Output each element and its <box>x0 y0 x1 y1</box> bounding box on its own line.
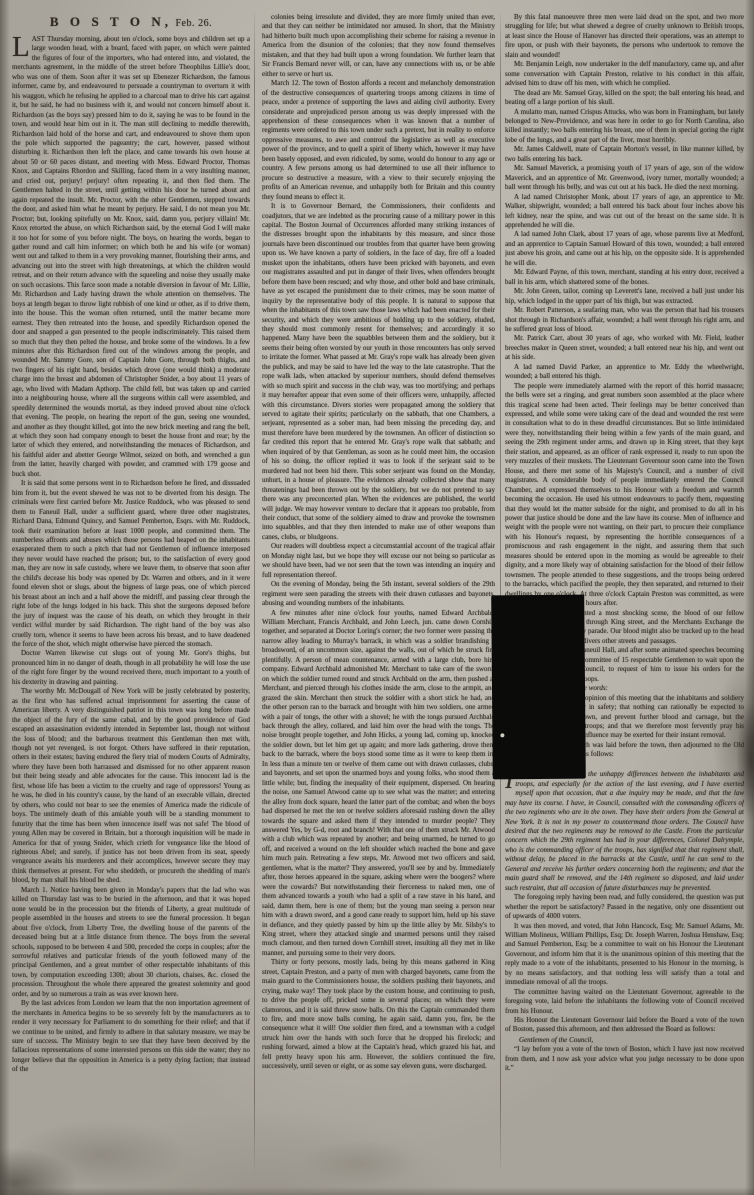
paragraph: A lad named David Parker, an apprentice … <box>505 363 744 382</box>
paper-stain <box>0 300 12 560</box>
column-3-body: By this fatal manoeuvre three men were l… <box>505 13 744 1074</box>
paragraph: “I lay before you a vote of the town of … <box>505 1045 744 1073</box>
paragraph: The worthy Mr. McDougall of New York wil… <box>12 687 250 886</box>
paragraph: Mr. Samuel Maverick, a promising youth o… <box>505 164 744 192</box>
paragraph: Gentlemen of the Council, <box>505 1036 744 1045</box>
paragraph: A mulatto man, named Crispus Attucks, wh… <box>505 108 744 146</box>
paragraph: Mr. Edward Payne, of this town, merchant… <box>505 268 744 287</box>
paragraph: Mr. Robert Patterson, a seafaring man, w… <box>505 306 744 334</box>
paragraph: LAST Thursday morning, about ten o'clock… <box>12 35 250 479</box>
paragraph: A lad named John Clark, about 17 years o… <box>505 230 744 268</box>
paragraph: A few minutes after nine o'clock four yo… <box>262 609 495 959</box>
paragraph: Mr. John Green, tailor, coming up Levere… <box>505 287 744 306</box>
paragraph: The committee having waited on the Lieut… <box>505 988 744 1016</box>
paragraph: The people were immediately alarmed with… <box>505 382 744 609</box>
paragraph: It was then moved, and voted, that John … <box>505 922 744 988</box>
column-divider-left <box>254 12 255 1170</box>
dateline: B O S T O N, Feb. 26. <box>12 14 250 32</box>
column-2: colonies being irresolute and divided, t… <box>262 13 495 1175</box>
paragraph: Doctor Warren likewise cut slugs out of … <box>12 649 250 687</box>
paragraph: The dead are Mr. Samuel Gray, killed on … <box>505 89 744 108</box>
newspaper-page: B O S T O N, Feb. 26. LAST Thursday morn… <box>0 0 754 1195</box>
paragraph: On the evening of Monday, being the 5th … <box>262 580 495 608</box>
redaction-block <box>491 595 586 780</box>
paragraph: Mr. James Caldwell, mate of Captain Mort… <box>505 145 744 164</box>
column-1-body: LAST Thursday morning, about ten o'clock… <box>12 35 250 1075</box>
paragraph: It is said that some persons went in to … <box>12 479 250 649</box>
dateline-date: Feb. 26. <box>175 18 212 29</box>
paragraph: Thirty or forty persons, mostly lads, be… <box>262 958 495 1071</box>
paragraph: March 12. The town of Boston affords a r… <box>262 79 495 202</box>
paragraph: Mr. Patrick Carr, about 30 years of age,… <box>505 334 744 362</box>
paragraph: colonies being irresolute and divided, t… <box>262 13 495 79</box>
paragraph: The foregoing reply having been read, an… <box>505 893 744 921</box>
paragraph: His Honour the Lieutenant Governour laid… <box>505 1016 744 1035</box>
dateline-city: B O S T O N, <box>50 14 172 29</box>
column-divider-right <box>500 12 501 1170</box>
column-1: B O S T O N, Feb. 26. LAST Thursday morn… <box>12 13 250 1175</box>
paragraph: Our readers will doubtless expect a circ… <box>262 542 495 580</box>
paragraph: March 1. Notice having been given in Mon… <box>12 886 250 999</box>
paragraph: It is to Governour Bernard, the Commissi… <box>262 202 495 542</box>
column-2-body: colonies being irresolute and divided, t… <box>262 13 495 1072</box>
paragraph: By the last advices from London we learn… <box>12 999 250 1075</box>
paragraph: Mr. Benjamin Leigh, now undertaker in th… <box>505 60 744 88</box>
paragraph: By this fatal manoeuvre three men were l… <box>505 13 744 60</box>
paragraph: I AM extremely sorry for the unhappy dif… <box>505 770 744 893</box>
paragraph: A lad named Christopher Monk, about 17 y… <box>505 193 744 231</box>
